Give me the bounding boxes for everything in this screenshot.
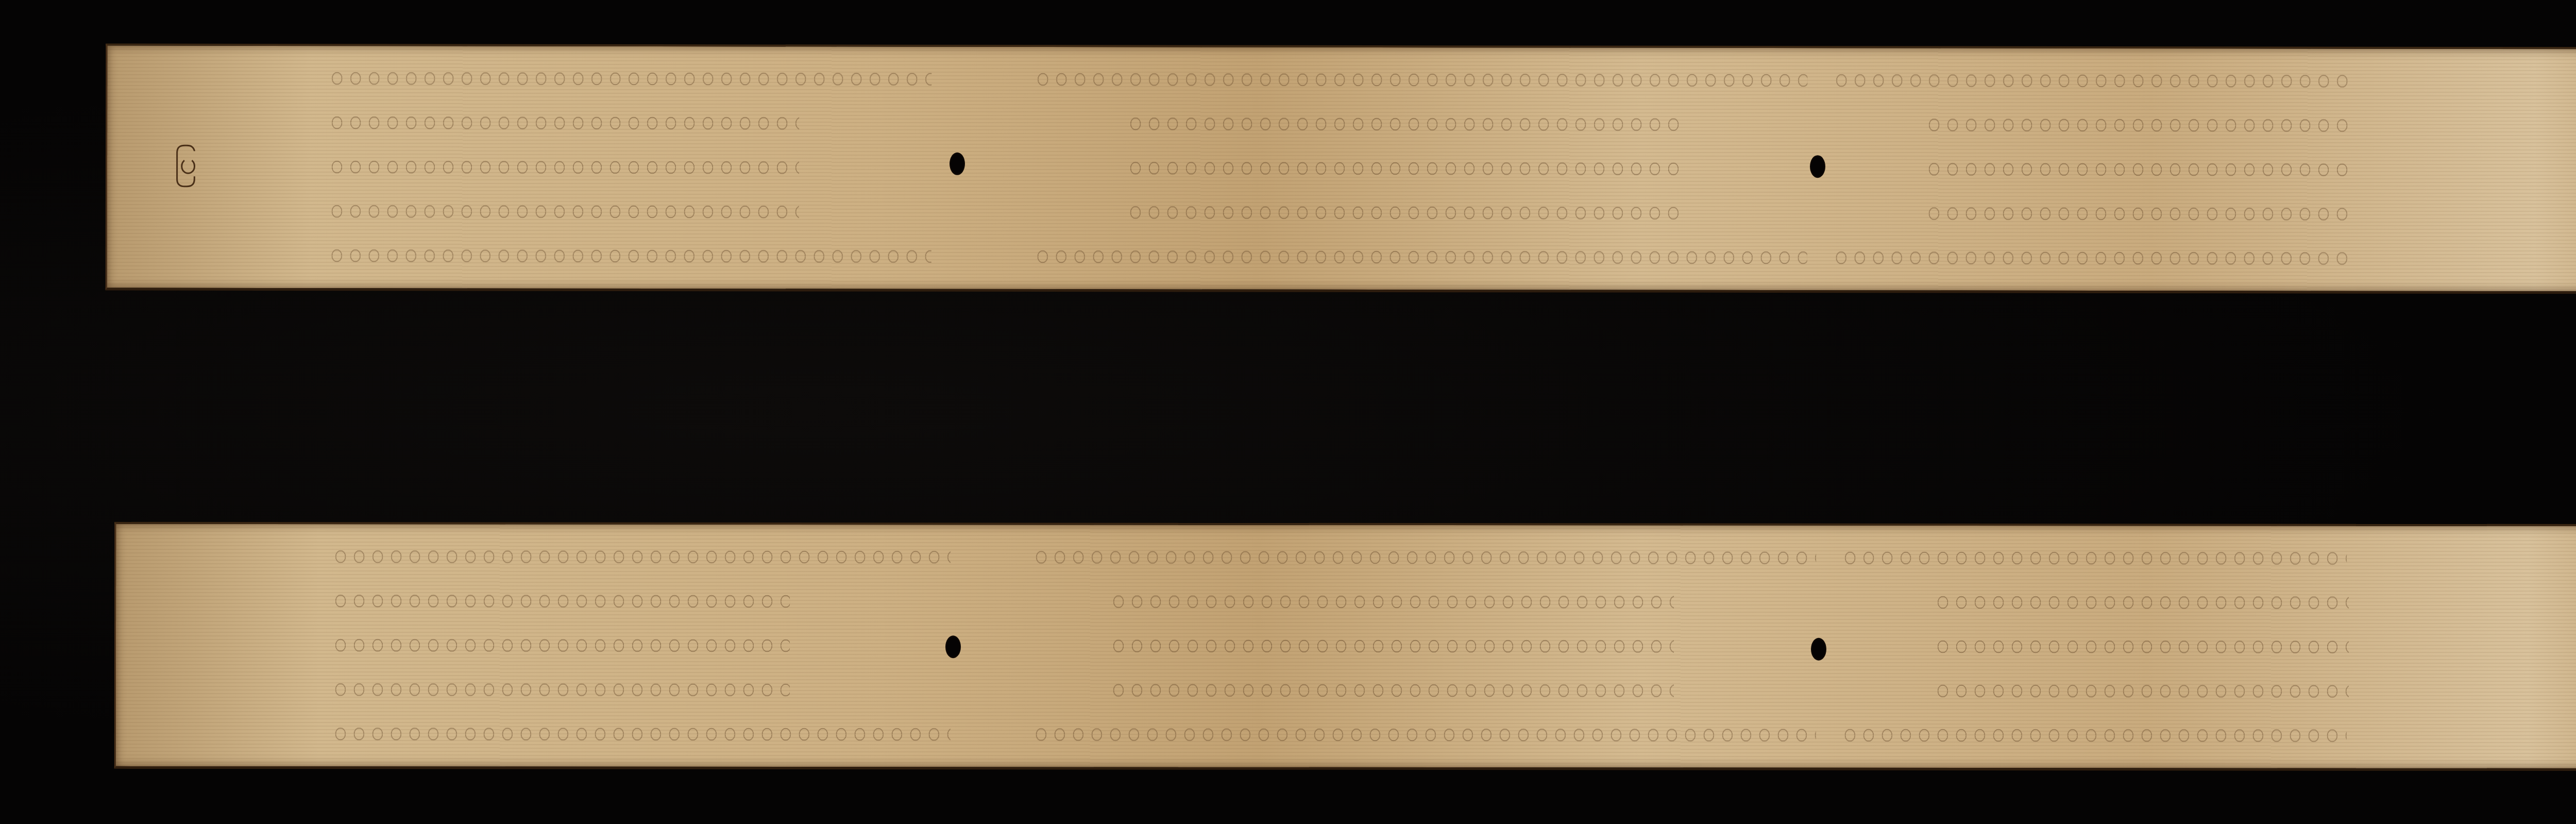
script-line <box>1926 201 2348 226</box>
leaf-margin-mark: ပြ <box>174 144 197 189</box>
script-line <box>1127 112 1684 137</box>
palm-leaf-top: ပြ <box>106 44 2576 294</box>
script-line <box>332 633 790 658</box>
string-hole <box>950 153 965 175</box>
script-line <box>1833 69 2348 93</box>
manuscript-photo: Photograph of two Burmese palm-leaf manu… <box>0 0 2576 824</box>
script-line <box>329 199 799 224</box>
string-hole <box>945 635 961 658</box>
text-column-right <box>1833 69 2349 270</box>
palm-leaf-bottom <box>114 522 2576 771</box>
script-line <box>329 66 931 91</box>
script-line <box>1833 246 2348 270</box>
script-line <box>332 722 951 746</box>
text-column-right <box>1842 546 2347 748</box>
script-line <box>329 155 799 179</box>
script-line <box>1033 545 1816 569</box>
script-line <box>1935 635 2349 659</box>
script-line <box>332 589 790 613</box>
text-column-middle <box>1033 545 1816 747</box>
script-line <box>1926 157 2348 181</box>
text-column-left <box>332 545 951 746</box>
script-line <box>1110 679 1674 703</box>
script-line <box>1842 546 2347 570</box>
script-line <box>1842 724 2347 748</box>
script-line <box>329 244 931 268</box>
text-column-left <box>329 66 932 268</box>
script-line <box>329 111 799 135</box>
string-hole <box>1811 638 1826 661</box>
script-line <box>1110 590 1674 614</box>
script-line <box>1033 722 1816 747</box>
script-line <box>1935 591 2349 615</box>
script-line <box>1127 156 1684 181</box>
script-line <box>1926 113 2348 137</box>
script-line <box>1035 245 1807 270</box>
string-hole <box>1810 155 1825 178</box>
script-line <box>1035 68 1807 92</box>
script-line <box>1935 679 2349 703</box>
script-line <box>332 678 790 702</box>
script-line <box>1110 634 1674 659</box>
scene-description: Photograph of two Burmese palm-leaf manu… <box>0 0 1 1</box>
text-column-middle <box>1035 68 1808 270</box>
script-line <box>1127 200 1684 225</box>
script-line <box>332 545 951 569</box>
